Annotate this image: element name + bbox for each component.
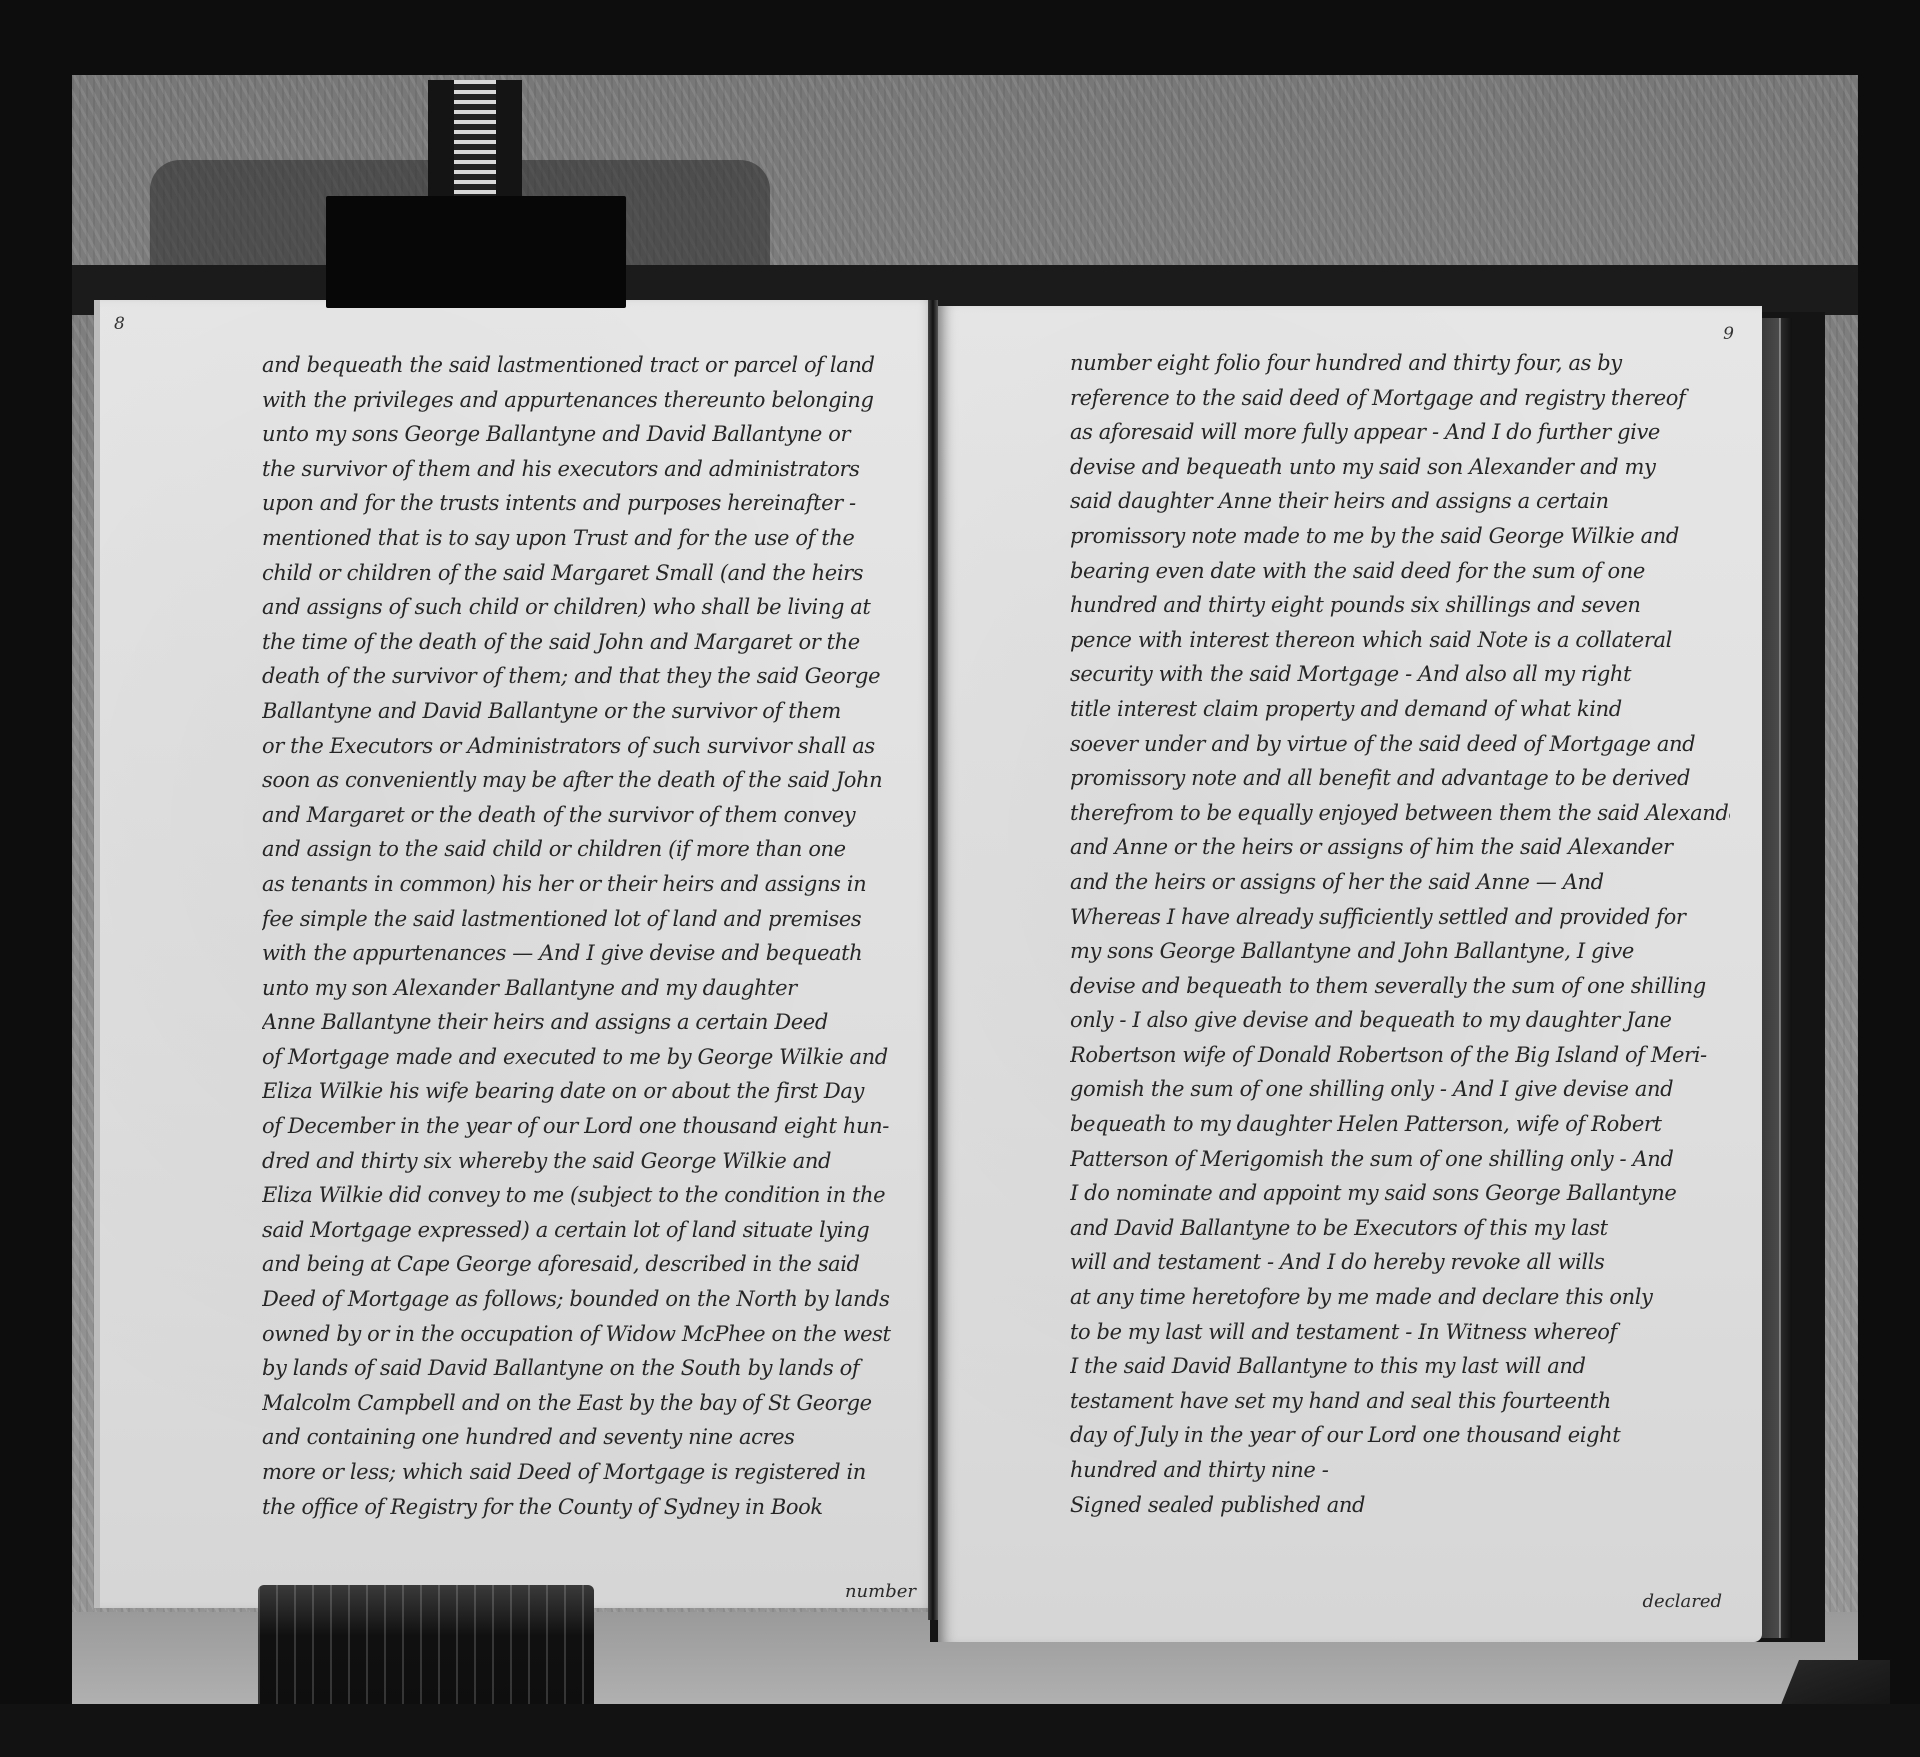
text-line: devise and bequeath to them severally th… bbox=[1070, 969, 1730, 1004]
text-line: child or children of the said Margaret S… bbox=[262, 556, 934, 591]
catchword: number bbox=[845, 1581, 916, 1602]
text-line: more or less; which said Deed of Mortgag… bbox=[262, 1455, 934, 1490]
text-line: of Mortgage made and executed to me by G… bbox=[262, 1040, 934, 1075]
text-line: promissory note made to me by the said G… bbox=[1070, 519, 1730, 554]
text-line: and assign to the said child or children… bbox=[262, 832, 934, 867]
text-line: with the appurtenances — And I give devi… bbox=[262, 936, 934, 971]
text-line: mentioned that is to say upon Trust and … bbox=[262, 521, 934, 556]
film-frame-border bbox=[0, 1704, 1920, 1757]
text-line: and Margaret or the death of the survivo… bbox=[262, 798, 934, 833]
text-line: soever under and by virtue of the said d… bbox=[1070, 727, 1730, 762]
text-line: Patterson of Merigomish the sum of one s… bbox=[1070, 1142, 1730, 1177]
text-line: I do nominate and appoint my said sons G… bbox=[1070, 1176, 1730, 1211]
right-page: 9 number eight folio four hundred and th… bbox=[938, 306, 1762, 1642]
text-line: upon and for the trusts intents and purp… bbox=[262, 486, 934, 521]
text-line: I the said David Ballantyne to this my l… bbox=[1070, 1349, 1730, 1384]
text-line: Eliza Wilkie his wife bearing date on or… bbox=[262, 1074, 934, 1109]
text-line: of December in the year of our Lord one … bbox=[262, 1109, 934, 1144]
catchword: declared bbox=[1642, 1591, 1722, 1612]
text-line: as aforesaid will more fully appear - An… bbox=[1070, 415, 1730, 450]
text-line: testament have set my hand and seal this… bbox=[1070, 1384, 1730, 1419]
text-line: reference to the said deed of Mortgage a… bbox=[1070, 381, 1730, 416]
text-line: unto my son Alexander Ballantyne and my … bbox=[262, 971, 934, 1006]
text-line: fee simple the said lastmentioned lot of… bbox=[262, 902, 934, 937]
page-number: 8 bbox=[114, 314, 125, 334]
text-line: Deed of Mortgage as follows; bounded on … bbox=[262, 1282, 934, 1317]
text-line: pence with interest thereon which said N… bbox=[1070, 623, 1730, 658]
text-line: bequeath to my daughter Helen Patterson,… bbox=[1070, 1107, 1730, 1142]
page-number: 9 bbox=[1723, 324, 1734, 344]
text-line: unto my sons George Ballantyne and David… bbox=[262, 417, 934, 452]
text-line: by lands of said David Ballantyne on the… bbox=[262, 1351, 934, 1386]
text-line: the survivor of them and his executors a… bbox=[262, 452, 934, 487]
text-line: Malcolm Campbell and on the East by the … bbox=[262, 1386, 934, 1421]
text-line: bearing even date with the said deed for… bbox=[1070, 554, 1730, 589]
text-line: and assigns of such child or children) w… bbox=[262, 590, 934, 625]
text-line: day of July in the year of our Lord one … bbox=[1070, 1418, 1730, 1453]
text-line: will and testament - And I do hereby rev… bbox=[1070, 1245, 1730, 1280]
text-line: the time of the death of the said John a… bbox=[262, 625, 934, 660]
text-line: at any time heretofore by me made and de… bbox=[1070, 1280, 1730, 1315]
text-line: only - I also give devise and bequeath t… bbox=[1070, 1003, 1730, 1038]
text-line: to be my last will and testament - In Wi… bbox=[1070, 1315, 1730, 1350]
text-line: and bequeath the said lastmentioned trac… bbox=[262, 348, 934, 383]
text-line: or the Executors or Administrators of su… bbox=[262, 729, 934, 764]
top-clamp bbox=[326, 196, 626, 308]
page-edges bbox=[1760, 318, 1792, 1638]
text-line: promissory note and all benefit and adva… bbox=[1070, 761, 1730, 796]
right-page-text: number eight folio four hundred and thir… bbox=[1070, 346, 1730, 1522]
book-gutter bbox=[928, 300, 938, 1620]
text-line: gomish the sum of one shilling only - An… bbox=[1070, 1072, 1730, 1107]
text-line: said Mortgage expressed) a certain lot o… bbox=[262, 1213, 934, 1248]
left-page: 8 and bequeath the said lastmentioned tr… bbox=[94, 300, 938, 1608]
text-line: and being at Cape George aforesaid, desc… bbox=[262, 1247, 934, 1282]
text-line: Ballantyne and David Ballantyne or the s… bbox=[262, 694, 934, 729]
text-line: and containing one hundred and seventy n… bbox=[262, 1420, 934, 1455]
text-line: Whereas I have already sufficiently sett… bbox=[1070, 900, 1730, 935]
text-line: with the privileges and appurtenances th… bbox=[262, 383, 934, 418]
text-line: therefrom to be equally enjoyed between … bbox=[1070, 796, 1730, 831]
text-line: my sons George Ballantyne and John Balla… bbox=[1070, 934, 1730, 969]
text-line: Anne Ballantyne their heirs and assigns … bbox=[262, 1005, 934, 1040]
text-line: soon as conveniently may be after the de… bbox=[262, 763, 934, 798]
text-line: as tenants in common) his her or their h… bbox=[262, 867, 934, 902]
text-line: and Anne or the heirs or assigns of him … bbox=[1070, 830, 1730, 865]
text-line: death of the survivor of them; and that … bbox=[262, 659, 934, 694]
text-line: title interest claim property and demand… bbox=[1070, 692, 1730, 727]
text-line: hundred and thirty nine - bbox=[1070, 1453, 1730, 1488]
text-line: Signed sealed published and bbox=[1070, 1488, 1730, 1523]
left-page-text: and bequeath the said lastmentioned trac… bbox=[262, 348, 934, 1524]
text-line: security with the said Mortgage - And al… bbox=[1070, 657, 1730, 692]
text-line: said daughter Anne their heirs and assig… bbox=[1070, 484, 1730, 519]
text-line: number eight folio four hundred and thir… bbox=[1070, 346, 1730, 381]
text-line: and David Ballantyne to be Executors of … bbox=[1070, 1211, 1730, 1246]
text-line: Robertson wife of Donald Robertson of th… bbox=[1070, 1038, 1730, 1073]
text-line: and the heirs or assigns of her the said… bbox=[1070, 865, 1730, 900]
text-line: the office of Registry for the County of… bbox=[262, 1490, 934, 1525]
text-line: Eliza Wilkie did convey to me (subject t… bbox=[262, 1178, 934, 1213]
text-line: hundred and thirty eight pounds six shil… bbox=[1070, 588, 1730, 623]
text-line: devise and bequeath unto my said son Ale… bbox=[1070, 450, 1730, 485]
text-line: owned by or in the occupation of Widow M… bbox=[262, 1317, 934, 1352]
text-line: dred and thirty six whereby the said Geo… bbox=[262, 1144, 934, 1179]
